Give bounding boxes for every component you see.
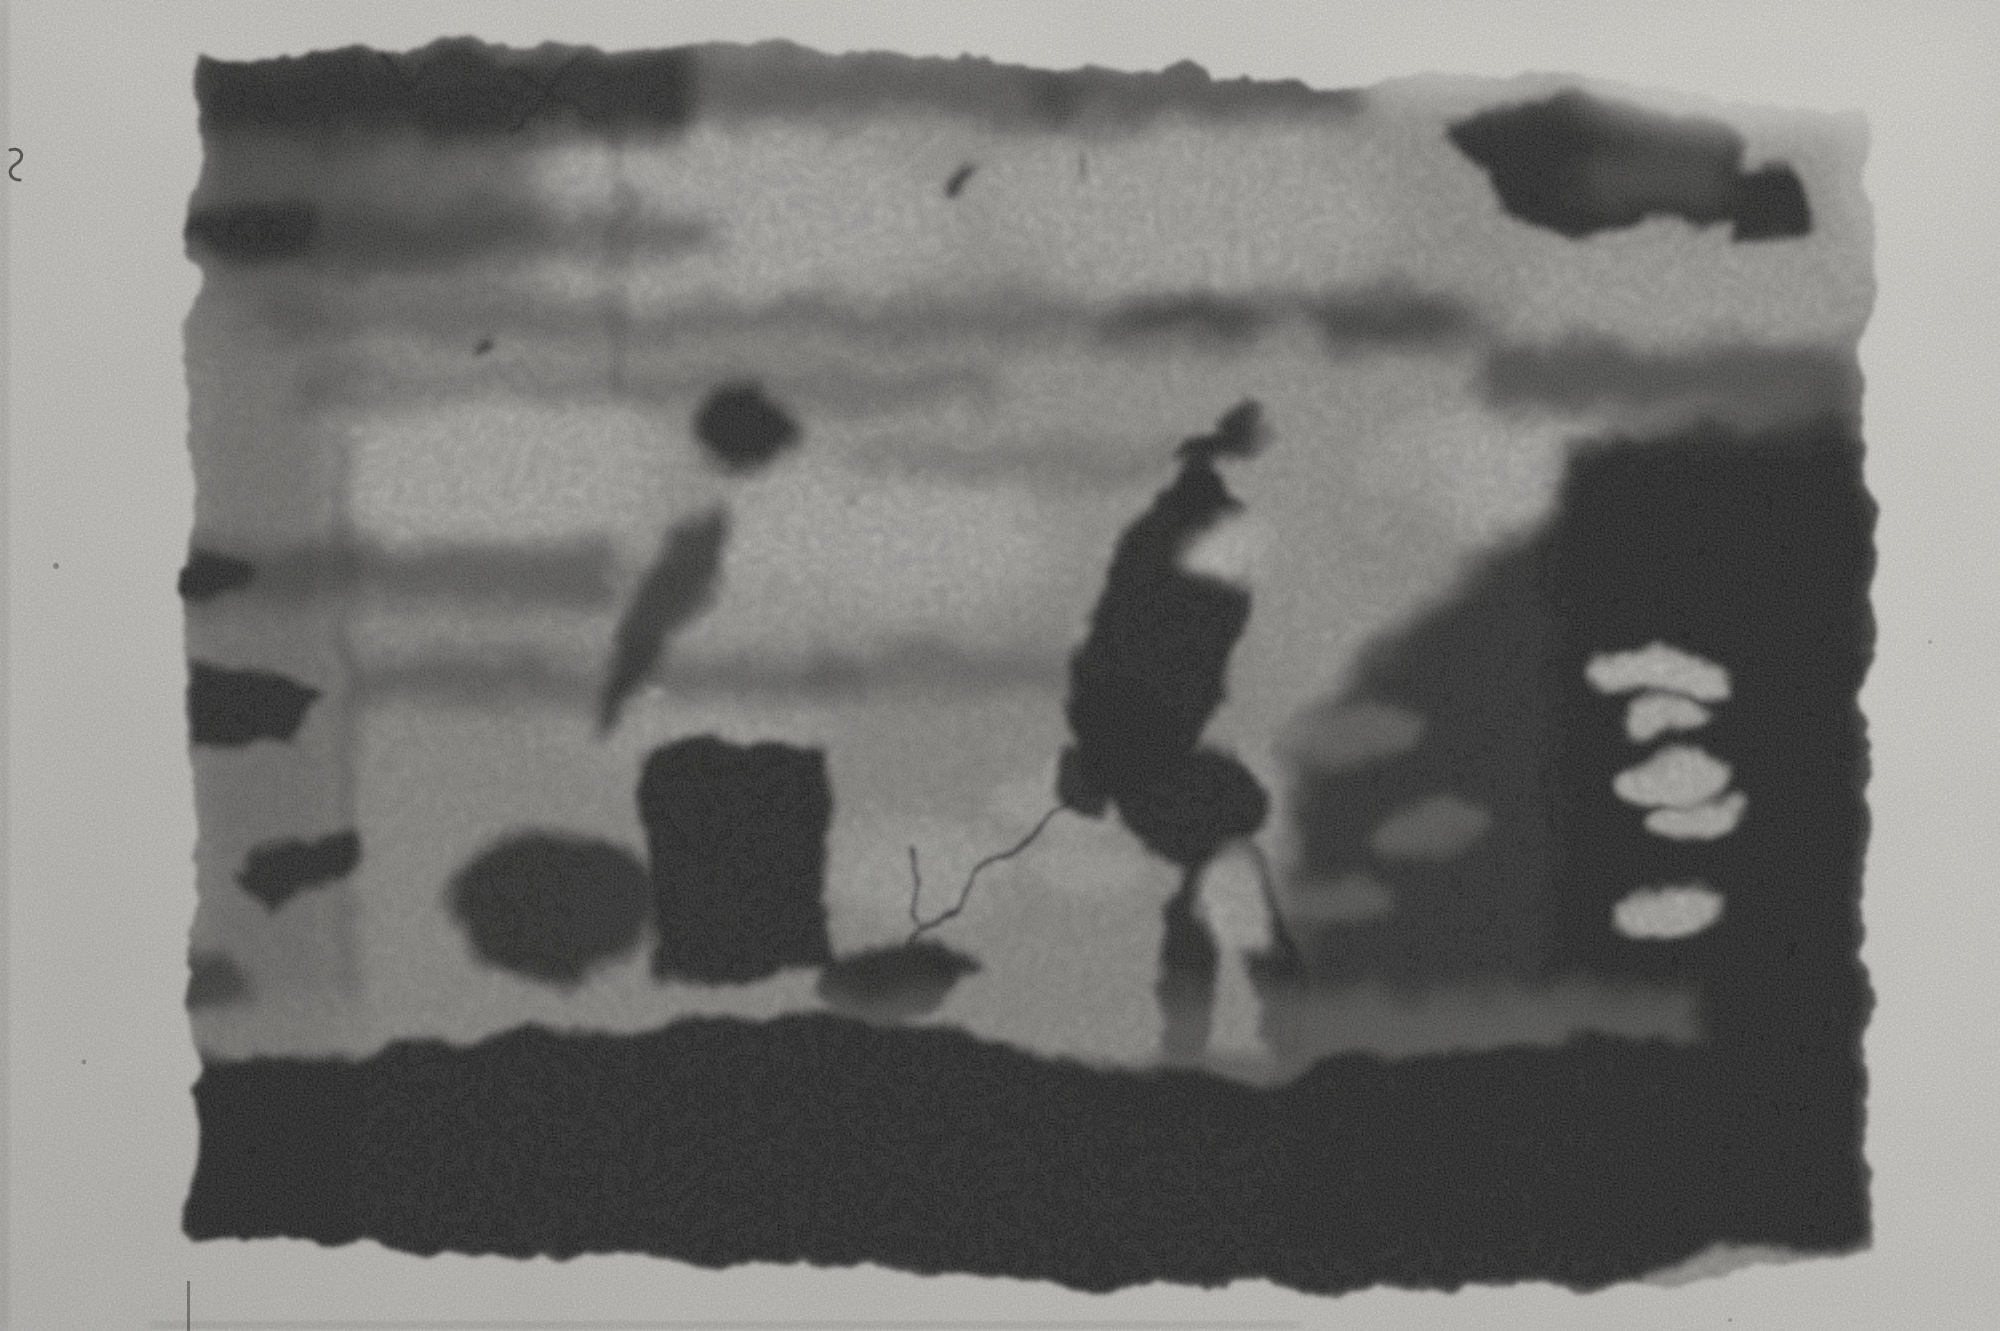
photo-canvas	[0, 0, 2000, 1331]
grain-light	[0, 0, 2000, 1331]
scanned-photograph	[0, 0, 2000, 1331]
film-grain-overlay	[0, 0, 2000, 1331]
